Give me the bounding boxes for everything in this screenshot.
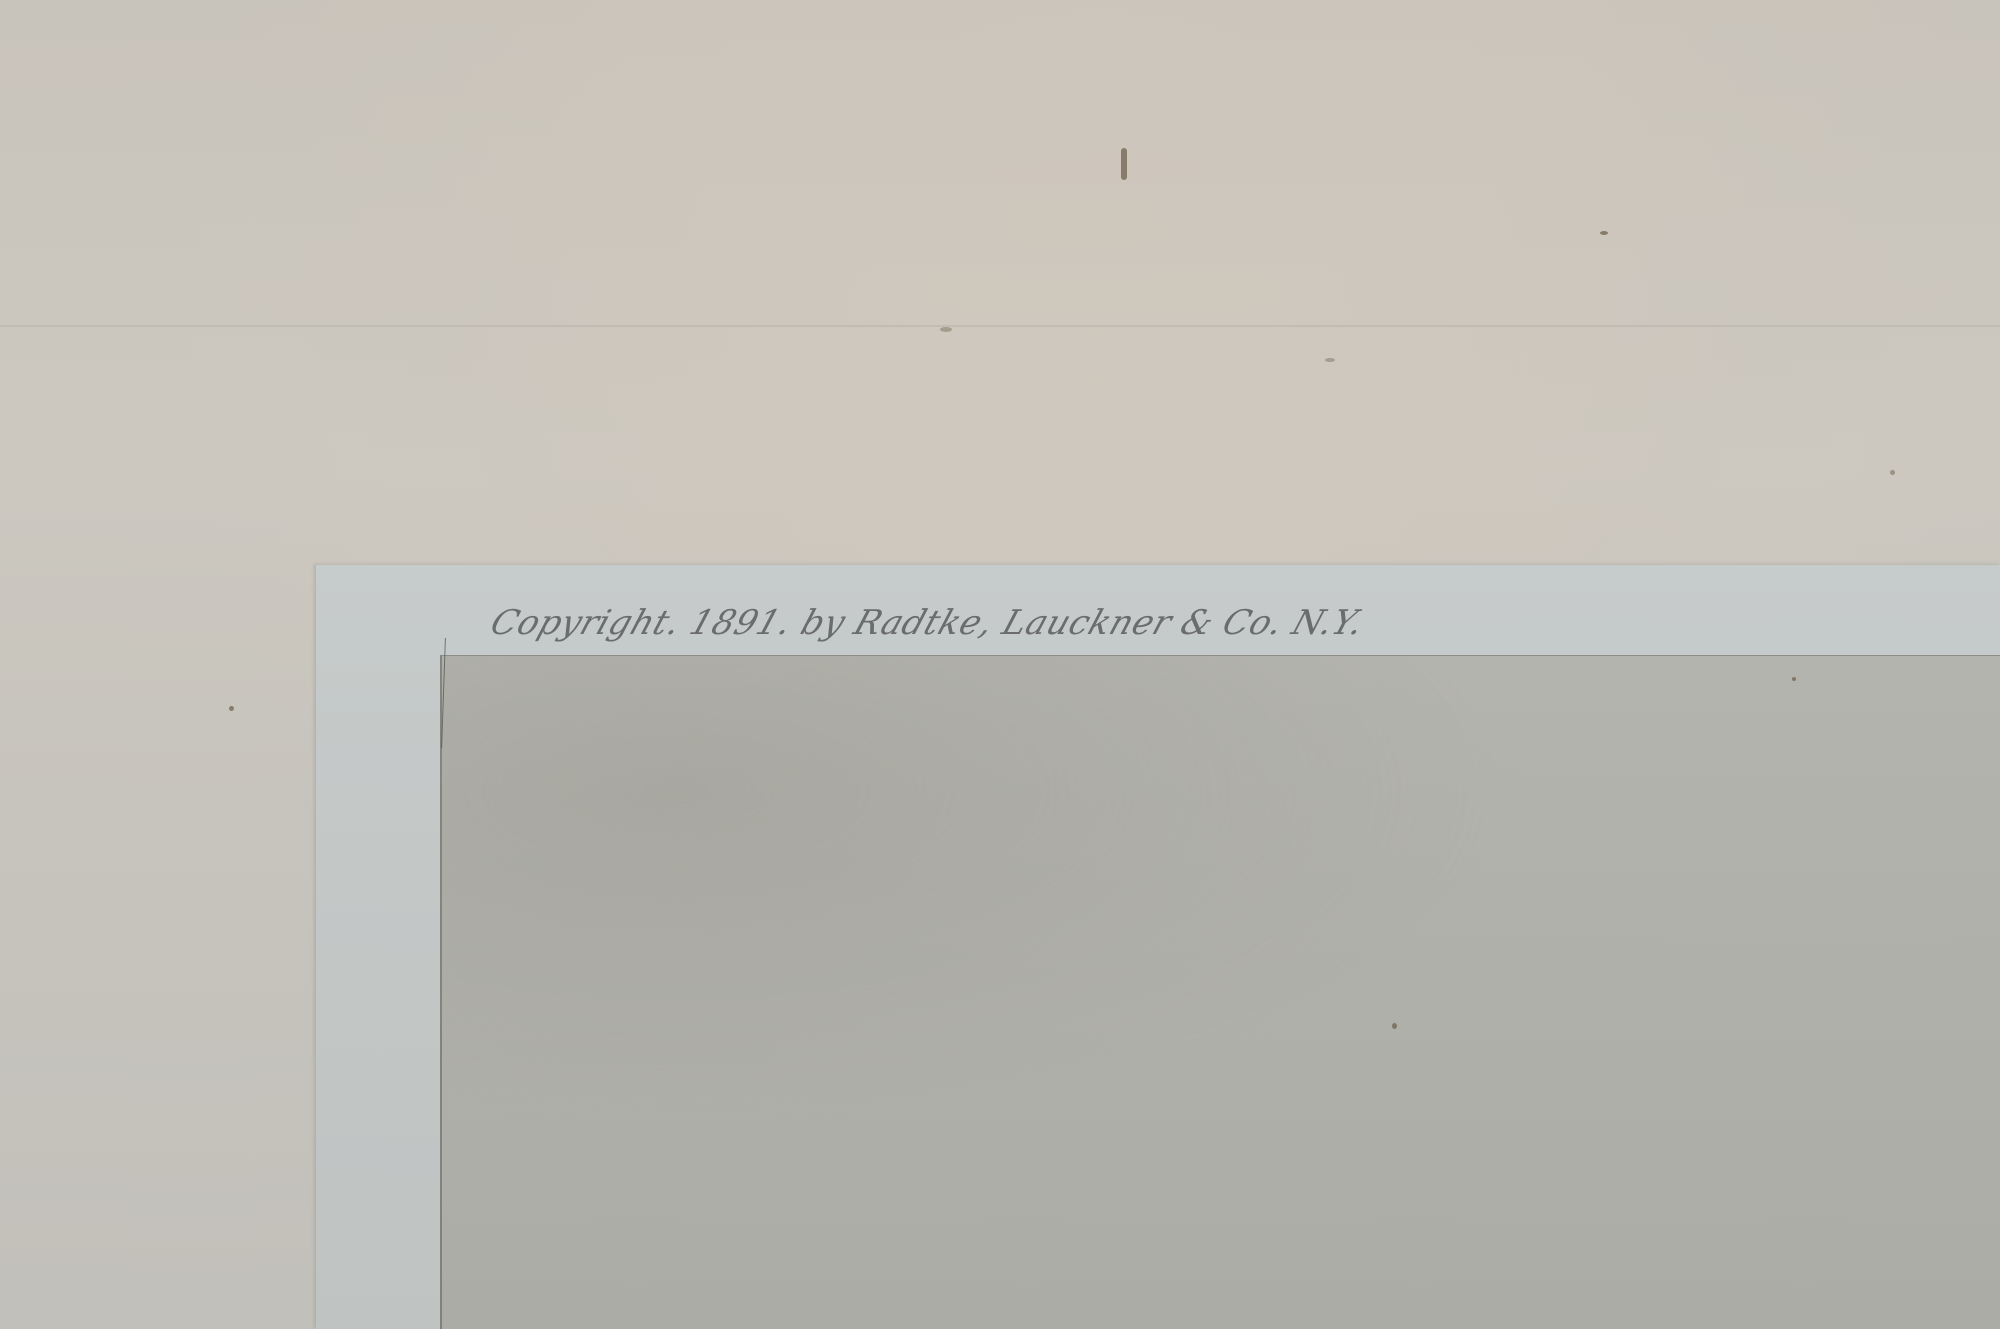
blemish-mark [1392,1023,1397,1029]
blemish-mark [1600,231,1608,235]
blemish-mark [1325,358,1335,362]
blemish-mark [1890,470,1895,475]
mat-crease [0,325,2000,327]
plate-image-area [440,655,2000,1329]
blemish-mark [229,706,234,711]
copyright-inscription: Copyright. 1891. by Radtke, Lauckner & C… [486,603,1370,643]
blemish-mark [1792,677,1796,681]
blemish-mark [940,327,952,332]
blemish-mark [1121,148,1127,180]
